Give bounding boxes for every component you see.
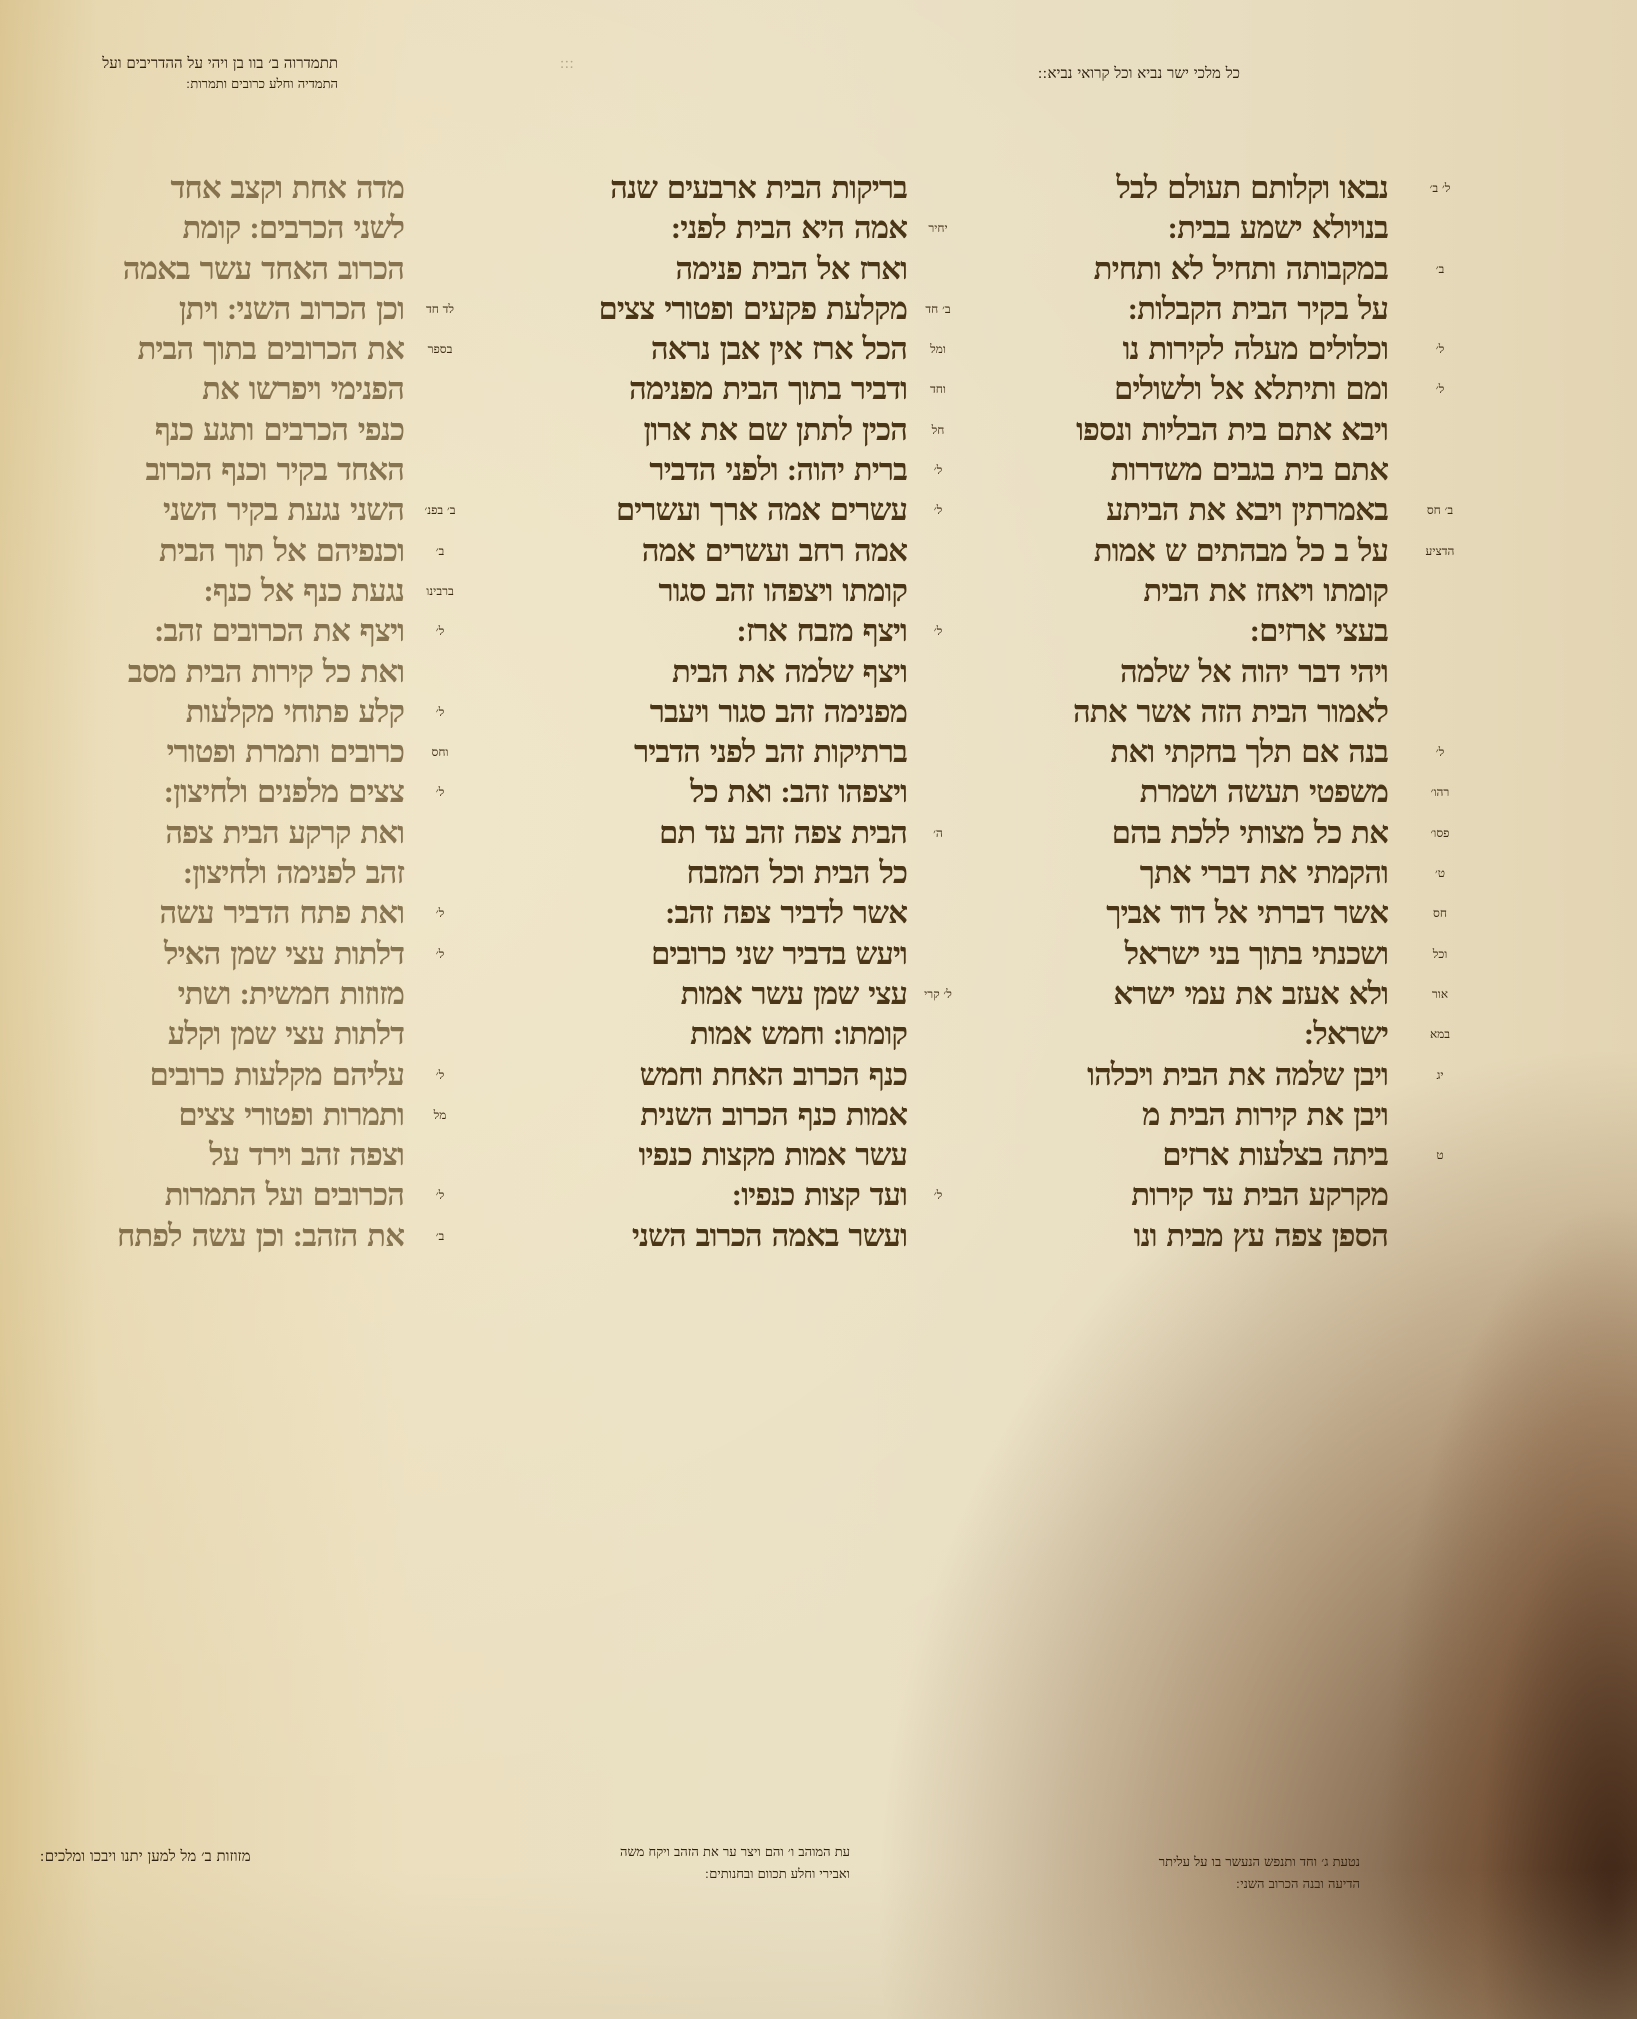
margin-note xyxy=(410,974,470,1014)
margin-note: ב׳ xyxy=(410,531,470,571)
text-line: ויבא אתם בית הבליות ונספו xyxy=(1018,410,1388,450)
margin-note xyxy=(410,369,470,409)
margin-note: ב׳ xyxy=(1400,249,1480,289)
text-line: כרובים ותמרת ופטורי xyxy=(24,732,404,772)
margin-note: ל׳ xyxy=(1400,369,1480,409)
text-line: ועשר באמה הכרוב השני xyxy=(527,1216,907,1256)
margin-note: ל׳ xyxy=(410,772,470,812)
text-line: ישראל ׃ xyxy=(1018,1014,1388,1054)
text-line: דלתות עצי שמן וקלע xyxy=(24,1014,404,1054)
top-note-left: תתמדרוה ב׳ בוו בן ויהי על ההדריבים ועל ה… xyxy=(38,52,338,96)
text-line: קומתו ויאחז את הבית xyxy=(1018,571,1388,611)
margin-note: חל xyxy=(908,410,968,450)
text-line: ושכנתי בתוך בני ישראל xyxy=(1018,934,1388,974)
margin-note xyxy=(1400,289,1480,329)
text-line: משפטי תעשה ושמרת xyxy=(1018,772,1388,812)
margin-note xyxy=(908,934,968,974)
text-line: הכרובים ועל התמרות xyxy=(24,1175,404,1215)
margin-note: ל׳ xyxy=(908,611,968,651)
margin-note xyxy=(1400,208,1480,248)
text-line: מקלעת פקעים ופטורי צצים xyxy=(527,289,907,329)
text-line: לאמור הבית הזה אשר אתה xyxy=(1018,692,1388,732)
margin-note: ה׳ xyxy=(908,813,968,853)
margin-note xyxy=(908,772,968,812)
text-line: ואת קרקע הבית צפה xyxy=(24,813,404,853)
text-line: על בקיר הבית הקבלות ׃ xyxy=(1018,289,1388,329)
top-note-right: כל מלכי ישר נביא וכל קרואי נביא ׃ ׃ xyxy=(1020,62,1240,84)
margin-note: לד חד xyxy=(410,289,470,329)
margin-note xyxy=(908,1216,968,1256)
text-line: ואת פתח הדביר עשה xyxy=(24,893,404,933)
text-line: והקמתי את דברי אתך xyxy=(1018,853,1388,893)
margin-note xyxy=(1400,410,1480,450)
text-line: על ב כל מבהתים ש אמות xyxy=(1018,531,1388,571)
bottom-note-middle-line1: עת המוהב ו׳ והם ויצר ער את הזהב ויקח משה xyxy=(520,1842,850,1864)
text-line: כל הבית וכל המזבח xyxy=(527,853,907,893)
text-line: ותמרות ופטורי צצים xyxy=(24,1095,404,1135)
margin-note xyxy=(908,893,968,933)
text-line: את הזהב ׃ וכן עשה לפתח xyxy=(24,1216,404,1256)
text-line: עליהם מקלעות כרובים xyxy=(24,1055,404,1095)
text-line: לשני הכרבים ׃ קומת xyxy=(24,208,404,248)
margin-note xyxy=(908,571,968,611)
text-line: וכלולים מעלה לקירות נו xyxy=(1018,329,1388,369)
margin-notes-center-left: לד חדבספרב׳ בפנ׳ב׳ברבינול׳ל׳וחסל׳ל׳ל׳ל׳מ… xyxy=(410,168,470,1256)
margin-note xyxy=(1400,1095,1480,1135)
text-line: אשר לדביר צפה זהב ׃ xyxy=(527,893,907,933)
text-line: הכין לתתן שם את ארון xyxy=(527,410,907,450)
margin-note xyxy=(908,1095,968,1135)
margin-note xyxy=(908,1055,968,1095)
margin-note xyxy=(908,1135,968,1175)
text-line: ואת כל קירות הבית מסב xyxy=(24,652,404,692)
text-line: ברית יהוה ׃ ולפני הדביר xyxy=(527,450,907,490)
text-line: מקרקע הבית עד קירות xyxy=(1018,1175,1388,1215)
margin-note: ל׳ ב׳ xyxy=(1400,168,1480,208)
text-line: כנף הכרוב האחת וחמש xyxy=(527,1055,907,1095)
margin-note: ל׳ xyxy=(908,490,968,530)
text-line: בנה אם תלך בחקתי ואת xyxy=(1018,732,1388,772)
text-line: באמרתין ויבא את הביתע xyxy=(1018,490,1388,530)
margin-note xyxy=(908,692,968,732)
text-line: בעצי ארזים ׃ xyxy=(1018,611,1388,651)
margin-note xyxy=(908,732,968,772)
margin-note: ל׳ xyxy=(410,934,470,974)
text-line: וארז אל הבית פנימה xyxy=(527,249,907,289)
bottom-note-left: מזוזות ב׳ מל למען יתנו ויבכו ומלכים ׃ xyxy=(40,1845,251,1867)
text-line: כנפי הכרבים ותגע כנף xyxy=(24,410,404,450)
text-line: עצי שמן עשר אמות xyxy=(527,974,907,1014)
lower-margin xyxy=(0,1869,1637,2019)
text-line: נבאו וקלותם תעולם לבל xyxy=(1018,168,1388,208)
margin-note xyxy=(908,531,968,571)
margin-note: ב׳ חס xyxy=(1400,490,1480,530)
text-line: מזוזות חמשית ׃ ושתי xyxy=(24,974,404,1014)
text-line: הכרוב האחד עשר באמה xyxy=(24,249,404,289)
text-line: ועד קצות כנפיו ׃ xyxy=(527,1175,907,1215)
text-line: במקבותה ותחיל לא ותחית xyxy=(1018,249,1388,289)
text-line: צצים מלפנים ולחיצון ׃ xyxy=(24,772,404,812)
margin-note xyxy=(1400,611,1480,651)
margin-note xyxy=(410,1014,470,1054)
margin-note xyxy=(410,249,470,289)
margin-note: ב׳ xyxy=(410,1216,470,1256)
text-line: את הכרובים בתוך הבית xyxy=(24,329,404,369)
text-line: קומתו ויצפהו זהב סגור xyxy=(527,571,907,611)
text-line: השני נגעת בקיר השני xyxy=(24,490,404,530)
text-line: עשר אמות מקצות כנפיו xyxy=(527,1135,907,1175)
margin-note: ל׳ xyxy=(410,1055,470,1095)
margin-note: בספר xyxy=(410,329,470,369)
text-line: וכנפיהם אל תוך הבית xyxy=(24,531,404,571)
text-line: עשרים אמה ארך ועשרים xyxy=(527,490,907,530)
margin-note xyxy=(410,1135,470,1175)
text-line: ויצף שלמה את הבית xyxy=(527,652,907,692)
text-line: ביתה בצלעות ארזים xyxy=(1018,1135,1388,1175)
margin-note xyxy=(1400,652,1480,692)
text-line: בנויולא ישמע בבית ׃ xyxy=(1018,208,1388,248)
text-line: אתם בית בגבים משדרות xyxy=(1018,450,1388,490)
text-line: מדה אחת וקצב אחד xyxy=(24,168,404,208)
margin-note: ל׳ xyxy=(410,1175,470,1215)
text-line: וצפה זהב וירד על xyxy=(24,1135,404,1175)
margin-note xyxy=(908,249,968,289)
margin-note: וחס xyxy=(410,732,470,772)
margin-note: ל׳ xyxy=(1400,732,1480,772)
margin-note: במא xyxy=(1400,1014,1480,1054)
text-line: ומם ותיתלא אל ולשולים xyxy=(1018,369,1388,409)
text-column-left: מדה אחת וקצב אחדלשני הכרבים ׃ קומתהכרוב … xyxy=(24,168,404,1256)
margin-note: אור xyxy=(1400,974,1480,1014)
text-line: ויצף מזבח ארז ׃ xyxy=(527,611,907,651)
margin-note: ל׳ xyxy=(1400,329,1480,369)
margin-note: וחד xyxy=(908,369,968,409)
margin-notes-center-right: יחירב׳ חדומלוחדחלל׳ל׳ל׳ה׳ל׳ קריל׳ xyxy=(908,168,968,1256)
top-note-left-line2: התמדיה וחלע כרובים ותמרות ׃ xyxy=(38,74,338,96)
top-note-middle: ׃ ׃ ׃ xyxy=(560,52,570,74)
margin-note: ט xyxy=(1400,1135,1480,1175)
text-line: את כל מצותי ללכת בהם xyxy=(1018,813,1388,853)
margin-note: ל׳ xyxy=(908,450,968,490)
top-note-left-line1: תתמדרוה ב׳ בוו בן ויהי על ההדריבים ועל xyxy=(38,52,338,74)
margin-note xyxy=(410,853,470,893)
text-line: ברתיקות זהב לפני הדביר xyxy=(527,732,907,772)
margin-note xyxy=(410,450,470,490)
text-line: ויצף את הכרובים זהב ׃ xyxy=(24,611,404,651)
margin-note xyxy=(908,1014,968,1054)
text-line: הכל ארז אין אבן נראה xyxy=(527,329,907,369)
text-line: נגעת כנף אל כנף ׃ xyxy=(24,571,404,611)
text-line: ויהי דבר יהוה אל שלמה xyxy=(1018,652,1388,692)
margin-note: ומל xyxy=(908,329,968,369)
margin-note: פסו׳ xyxy=(1400,813,1480,853)
text-line: ויצפהו זהב ׃ ואת כל xyxy=(527,772,907,812)
margin-note xyxy=(908,168,968,208)
text-line: אמה היא הבית לפני ׃ xyxy=(527,208,907,248)
margin-note: יג xyxy=(1400,1055,1480,1095)
margin-note: ב׳ בפנ׳ xyxy=(410,490,470,530)
margin-notes-outer: ל׳ ב׳ב׳ל׳ל׳ב׳ חסהדציעל׳רהו׳פסו׳ט׳חסוכלאו… xyxy=(1400,168,1480,1256)
text-line: אמות כנף הכרוב השנית xyxy=(527,1095,907,1135)
text-line: קומתו ׃ וחמש אמות xyxy=(527,1014,907,1054)
text-column-middle: בריקות הבית ארבעים שנהאמה היא הבית לפני … xyxy=(527,168,907,1256)
text-column-right: נבאו וקלותם תעולם לבלבנויולא ישמע בבית ׃… xyxy=(1018,168,1388,1256)
text-line: האחד בקיר וכנף הכרוב xyxy=(24,450,404,490)
text-line: ויבן את קירות הבית מ xyxy=(1018,1095,1388,1135)
margin-note: ל׳ xyxy=(908,1175,968,1215)
text-line: אשר דברתי אל דוד אביך xyxy=(1018,893,1388,933)
margin-note: ברבינו xyxy=(410,571,470,611)
margin-note xyxy=(908,652,968,692)
text-line: דלתות עצי שמן האיל xyxy=(24,934,404,974)
margin-note: ל׳ קרי xyxy=(908,974,968,1014)
text-line: אמה רחב ועשרים אמה xyxy=(527,531,907,571)
margin-note xyxy=(1400,1175,1480,1215)
margin-note: הדציע xyxy=(1400,531,1480,571)
text-line: קלע פתוחי מקלעות xyxy=(24,692,404,732)
text-line: ולא אעזב את עמי ישרא xyxy=(1018,974,1388,1014)
text-line: הבית צפה זהב עד תם xyxy=(527,813,907,853)
margin-note: מל xyxy=(410,1095,470,1135)
margin-note: ל׳ xyxy=(410,893,470,933)
margin-note: ט׳ xyxy=(1400,853,1480,893)
text-line: הספן צפה עץ מבית ונו xyxy=(1018,1216,1388,1256)
margin-note xyxy=(410,652,470,692)
margin-note: ל׳ xyxy=(410,692,470,732)
text-line: ודביר בתוך הבית מפנימה xyxy=(527,369,907,409)
margin-note xyxy=(908,853,968,893)
margin-note xyxy=(410,208,470,248)
margin-note xyxy=(410,410,470,450)
text-line: הפנימי ויפרשו את xyxy=(24,369,404,409)
margin-note: חס xyxy=(1400,893,1480,933)
text-line: וכן הכרוב השני ׃ ויתן xyxy=(24,289,404,329)
text-line: זהב לפנימה ולחיצון ׃ xyxy=(24,853,404,893)
margin-note: וכל xyxy=(1400,934,1480,974)
margin-note xyxy=(1400,450,1480,490)
margin-note: ב׳ חד xyxy=(908,289,968,329)
text-line: ויעש בדביר שני כרובים xyxy=(527,934,907,974)
margin-note xyxy=(410,813,470,853)
text-line: בריקות הבית ארבעים שנה xyxy=(527,168,907,208)
margin-note xyxy=(1400,692,1480,732)
text-line: מפנימה זהב סגור ויעבר xyxy=(527,692,907,732)
margin-note xyxy=(410,168,470,208)
margin-note: ל׳ xyxy=(410,611,470,651)
margin-note xyxy=(1400,1216,1480,1256)
margin-note: יחיר xyxy=(908,208,968,248)
margin-note xyxy=(1400,571,1480,611)
margin-note: רהו׳ xyxy=(1400,772,1480,812)
text-line: ויבן שלמה את הבית ויכלהו xyxy=(1018,1055,1388,1095)
